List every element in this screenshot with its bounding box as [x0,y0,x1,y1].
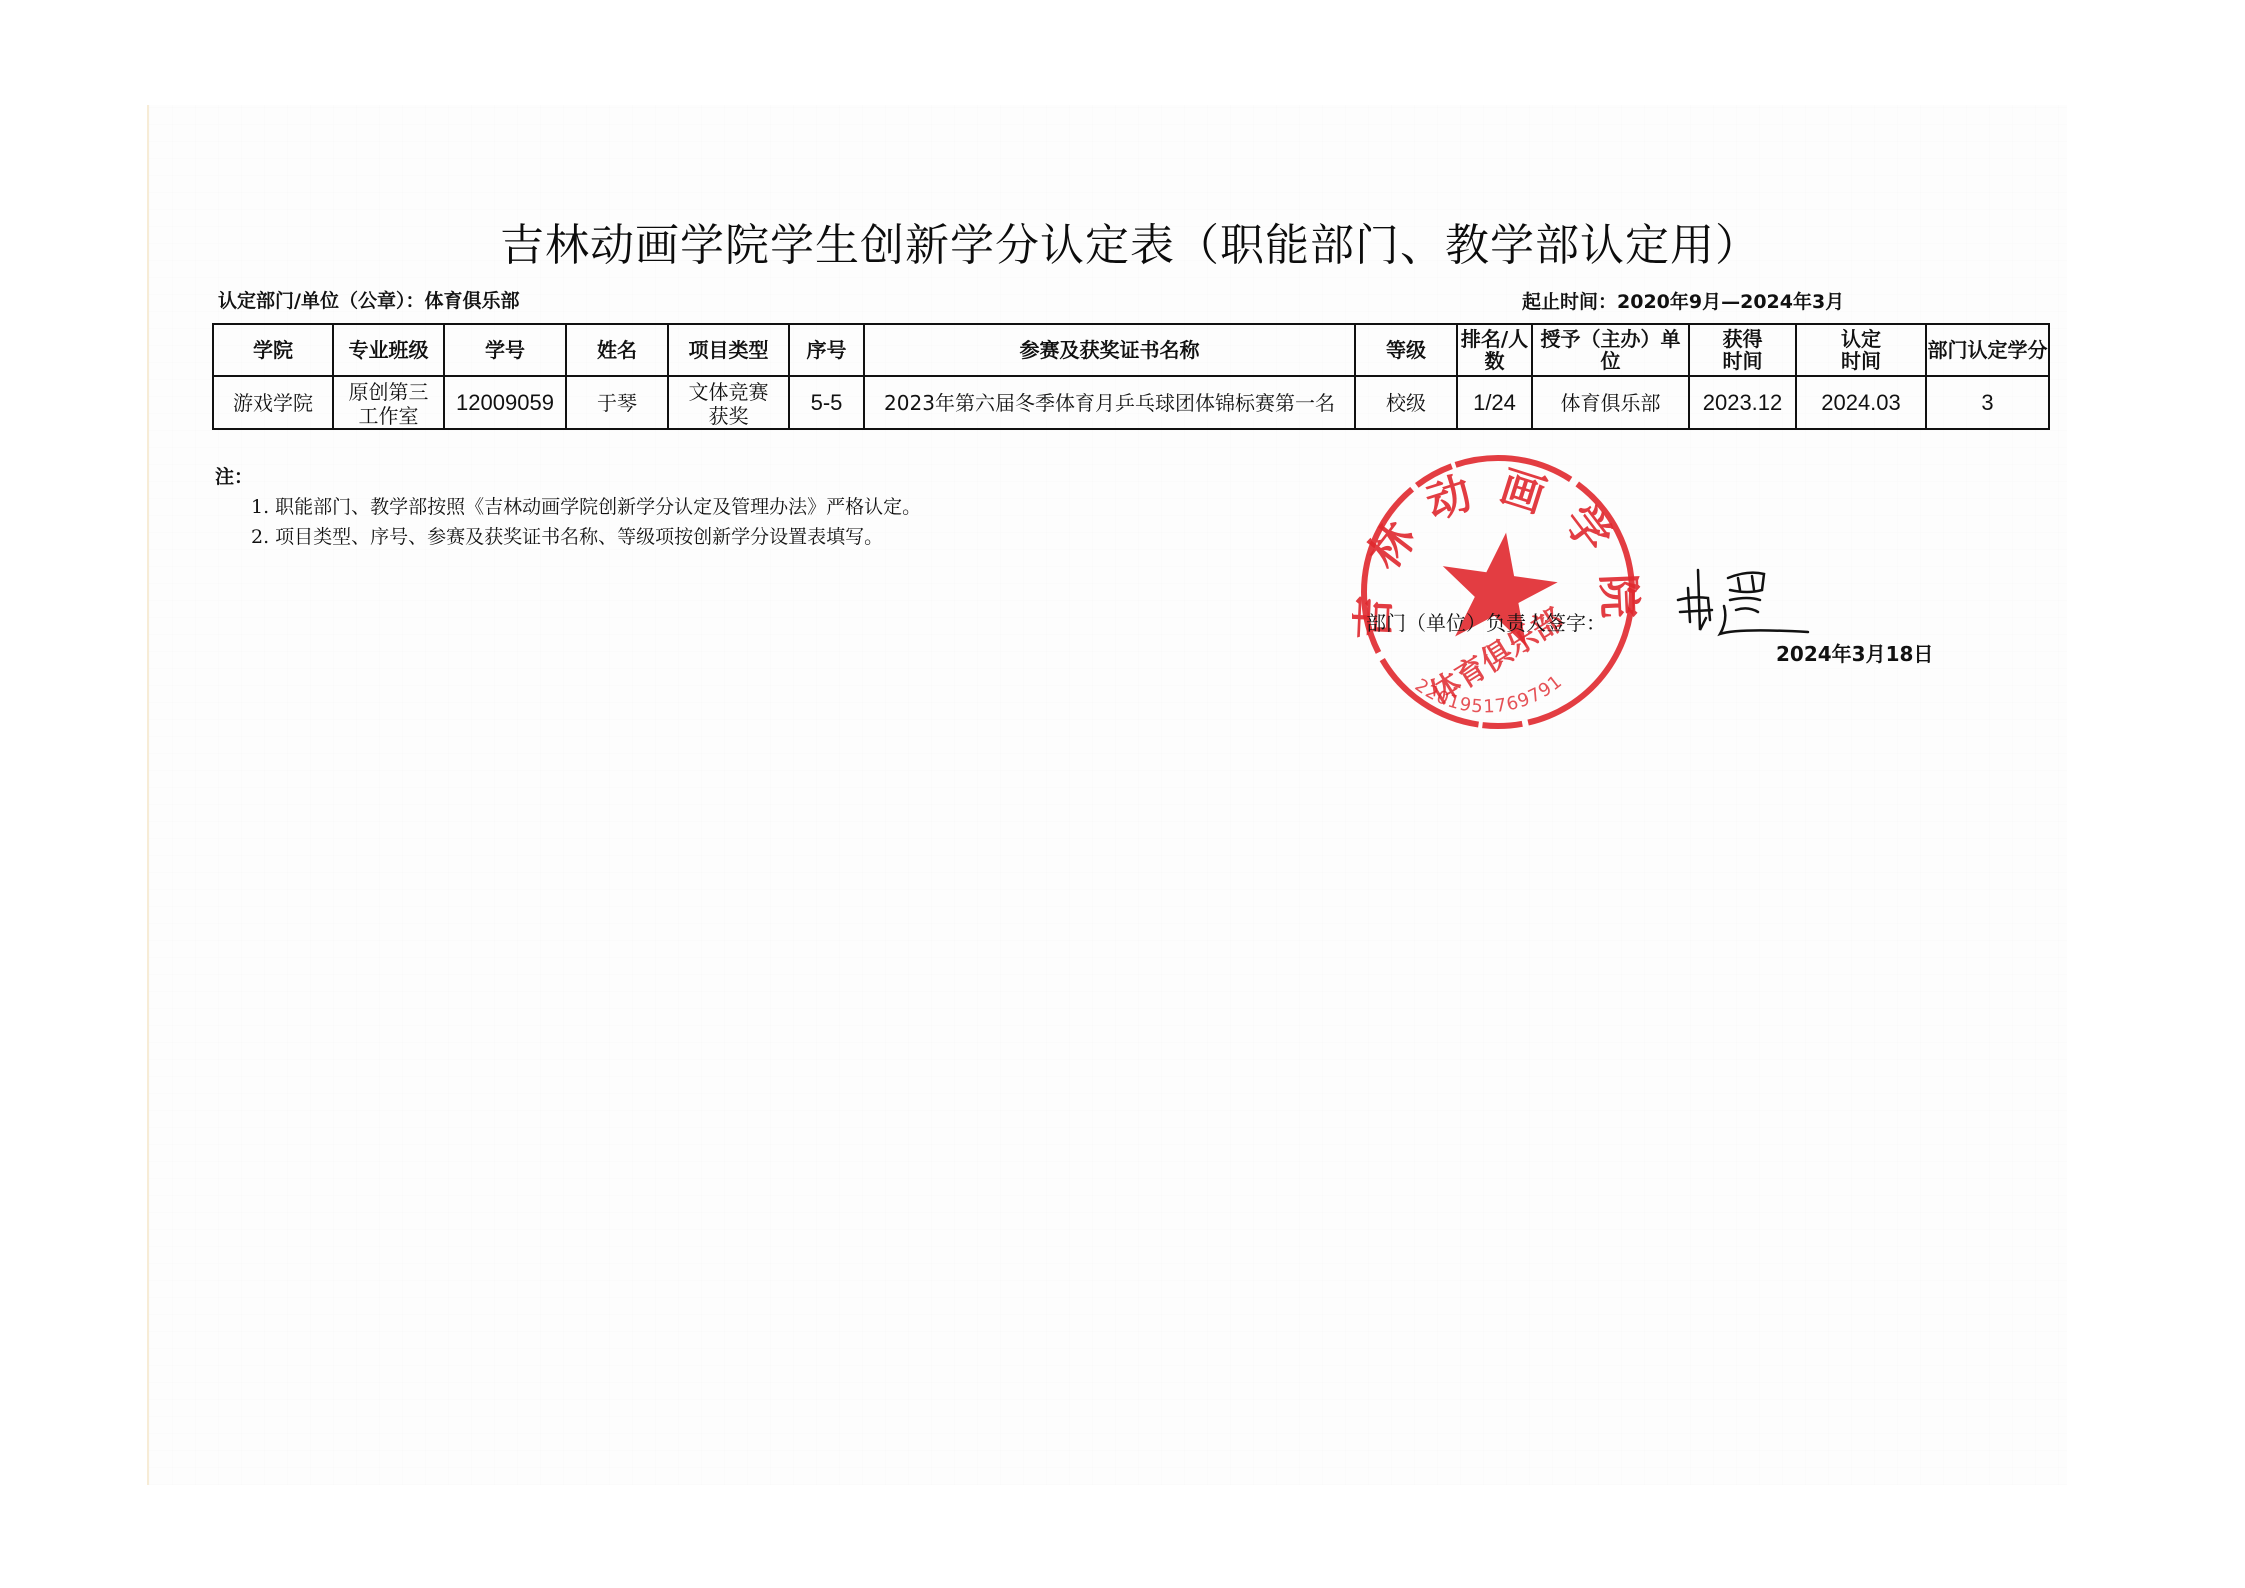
official-seal: 吉林动画学院 体育俱乐部 2201951769791 [1352,450,1642,735]
table-header-row: 学院 专业班级 学号 姓名 项目类型 序号 参赛及获奖证书名称 等级 排名/人数… [213,324,2049,376]
department-value: 体育俱乐部 [424,290,519,312]
department-line: 认定部门/单位（公章）：体育俱乐部 [218,286,519,313]
cell-project-type: 文体竞赛获奖 [668,376,789,429]
cell-name: 于琴 [566,376,668,429]
header-rank: 排名/人数 [1457,324,1532,376]
cell-rank: 1/24 [1457,376,1532,429]
signature-date: 2024年3月18日 [1776,638,1933,667]
notes: 注： 1. 职能部门、教学部按照《吉林动画学院创新学分认定及管理办法》严格认定。… [215,462,921,552]
notes-heading: 注： [215,462,921,492]
header-name: 姓名 [566,324,668,376]
signature-label: 部门（单位）负责人签字： [1366,607,1606,636]
cell-serial: 5-5 [789,376,864,429]
header-obtained: 获得时间 [1689,324,1796,376]
department-label: 认定部门/单位（公章）： [218,290,424,312]
header-level: 等级 [1355,324,1457,376]
header-college: 学院 [213,324,333,376]
page-title: 吉林动画学院学生创新学分认定表（职能部门、教学部认定用） [500,218,1760,274]
header-organizer: 授予（主办）单位 [1532,324,1689,376]
cell-certificate: 2023年第六届冬季体育月乒乓球团体锦标赛第一名 [864,376,1355,429]
cell-student-id: 12009059 [444,376,566,429]
header-serial: 序号 [789,324,864,376]
header-student-id: 学号 [444,324,566,376]
note-item: 1. 职能部门、教学部按照《吉林动画学院创新学分认定及管理办法》严格认定。 [215,492,921,522]
header-certified: 认定时间 [1796,324,1926,376]
header-project-type: 项目类型 [668,324,789,376]
period-value: 2020年9月—2024年3月 [1617,291,1844,313]
table-row: 游戏学院 原创第三工作室 12009059 于琴 文体竞赛获奖 5-5 2023… [213,376,2049,429]
credit-table: 学院 专业班级 学号 姓名 项目类型 序号 参赛及获奖证书名称 等级 排名/人数… [212,323,2050,430]
handwritten-signature: 由迎 [1668,560,1818,650]
cell-college: 游戏学院 [213,376,333,429]
cell-credits: 3 [1926,376,2049,429]
cell-level: 校级 [1355,376,1457,429]
header-credits: 部门认定学分 [1926,324,2049,376]
period-label: 起止时间： [1522,291,1617,313]
cell-organizer: 体育俱乐部 [1532,376,1689,429]
cell-class: 原创第三工作室 [333,376,444,429]
note-item: 2. 项目类型、序号、参赛及获奖证书名称、等级项按创新学分设置表填写。 [215,522,921,552]
cell-certified: 2024.03 [1796,376,1926,429]
period-line: 起止时间：2020年9月—2024年3月 [1522,287,1844,314]
header-certificate: 参赛及获奖证书名称 [864,324,1355,376]
cell-obtained: 2023.12 [1689,376,1796,429]
header-class: 专业班级 [333,324,444,376]
